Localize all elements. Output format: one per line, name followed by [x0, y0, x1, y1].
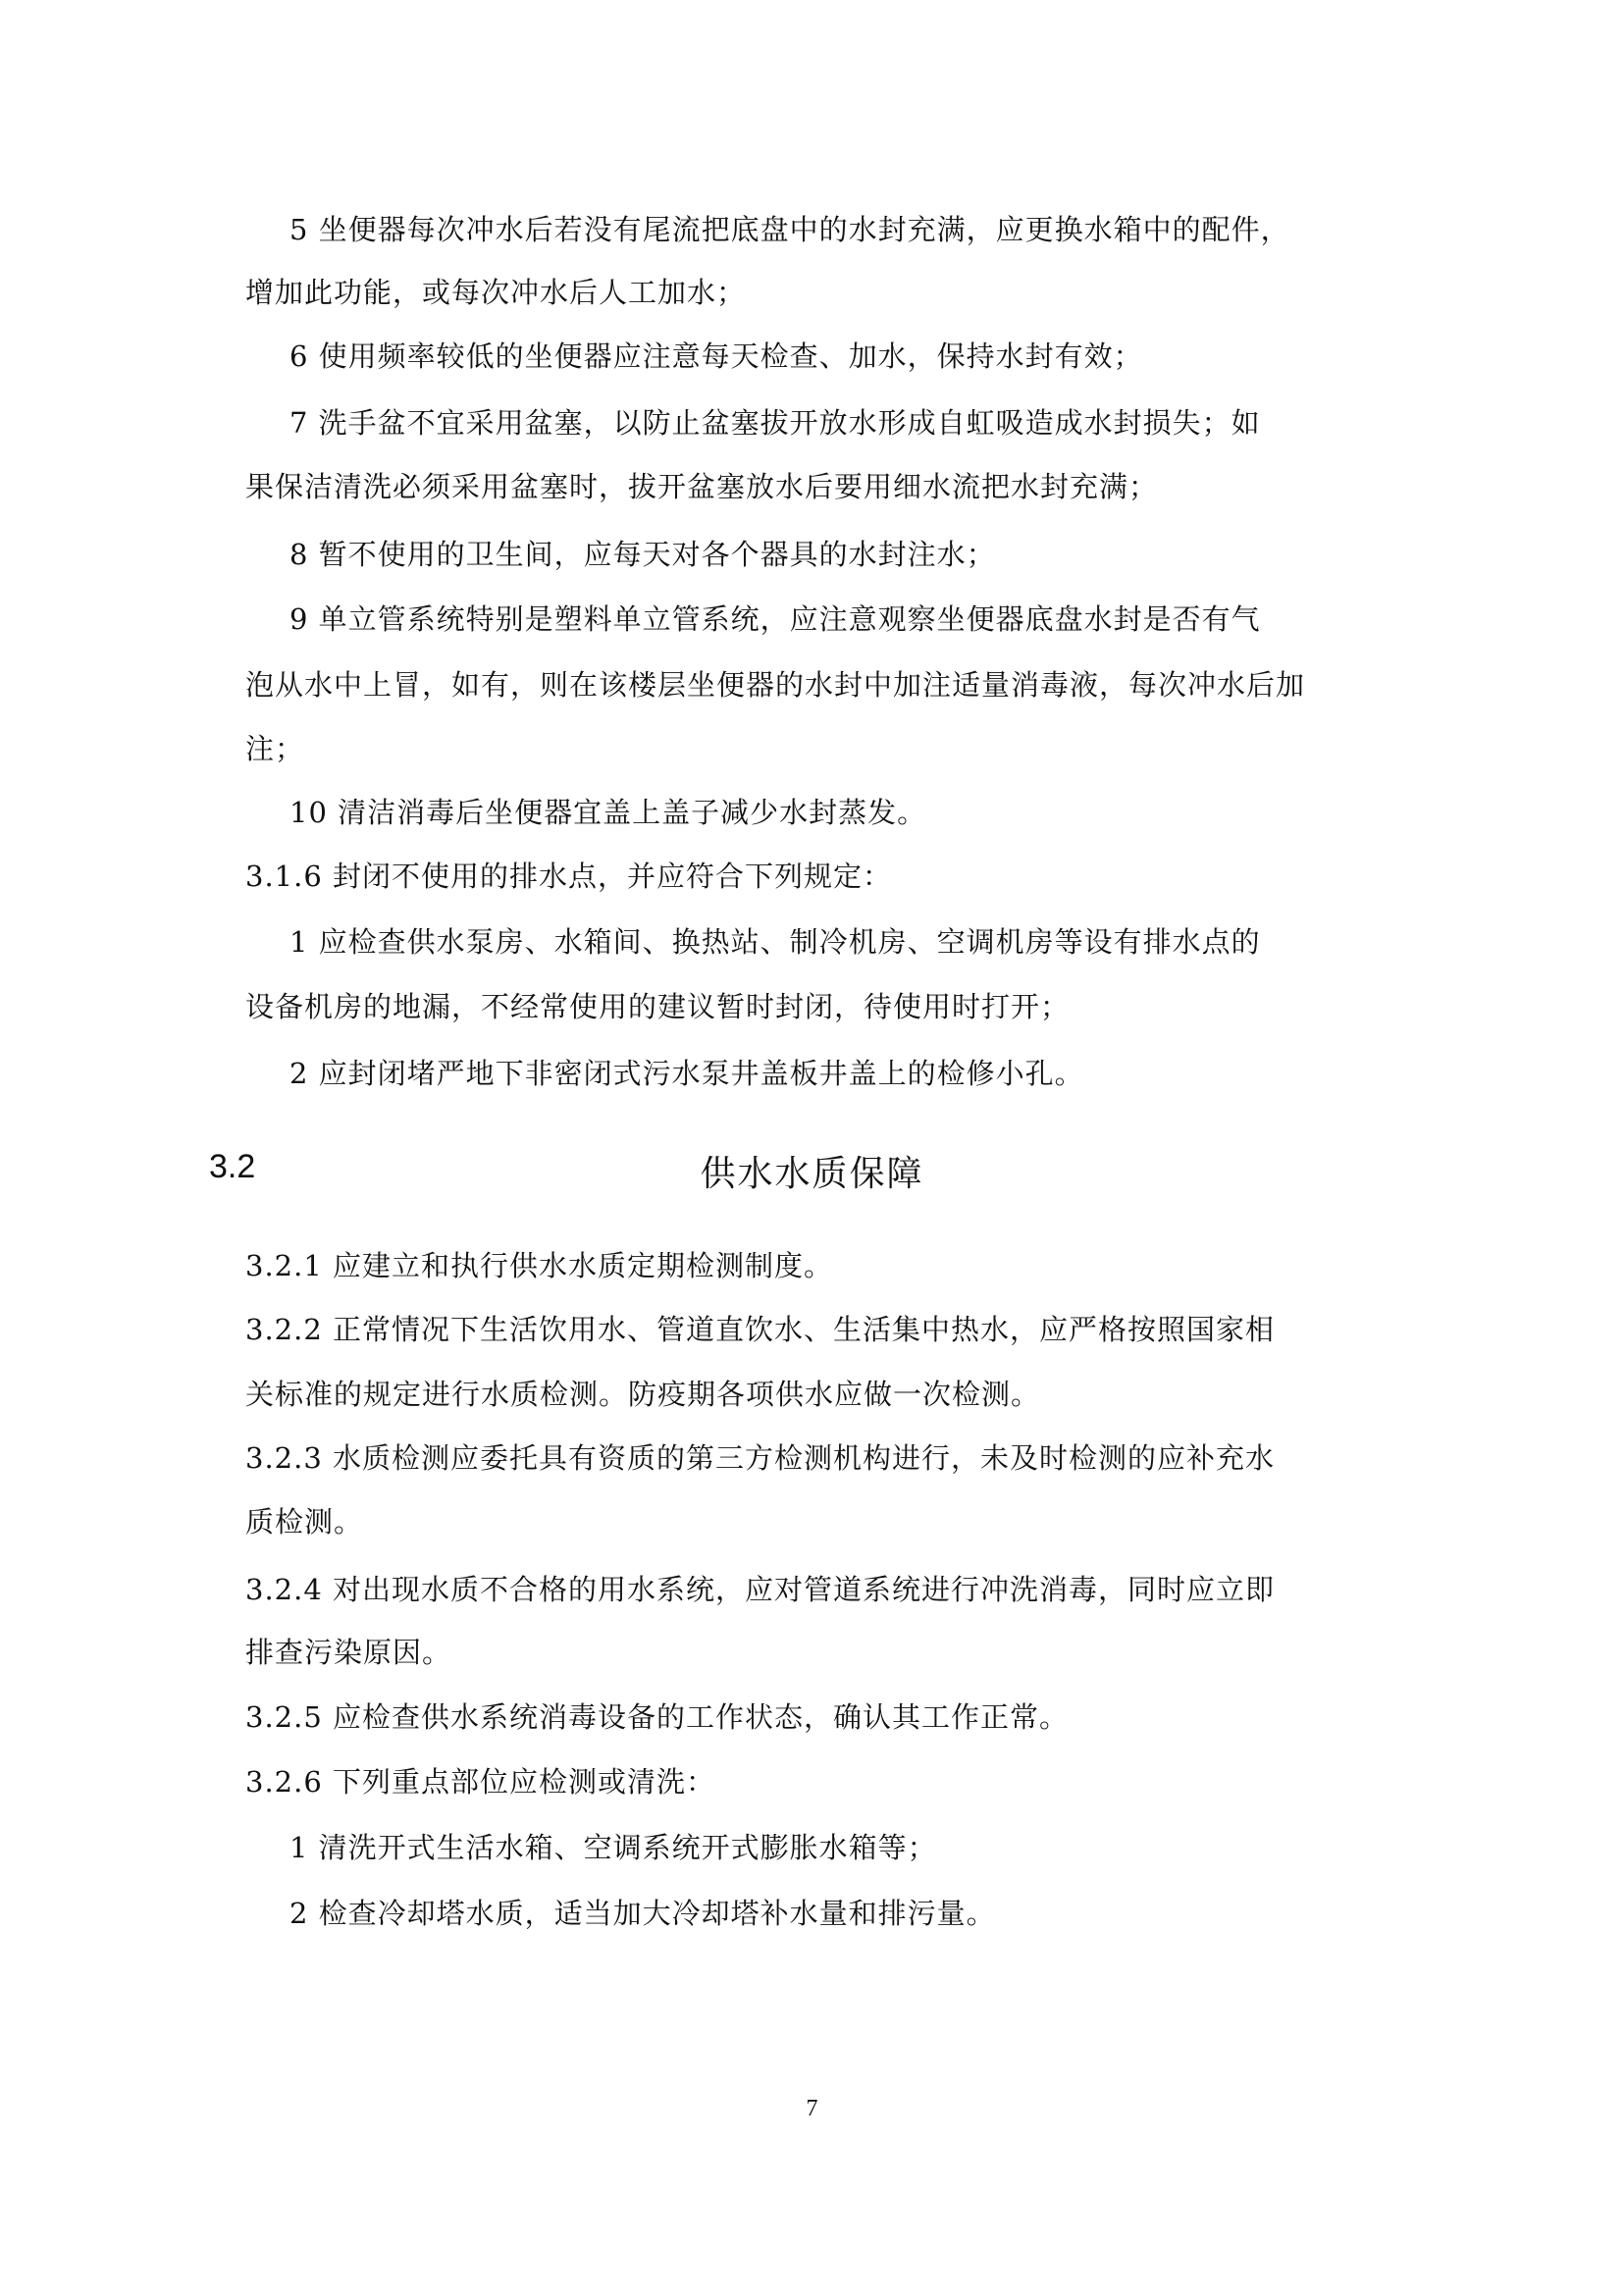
text-line: 10 清洁消毒后坐便器宜盖上盖子减少水封蒸发。 — [289, 795, 926, 830]
text-line: 质检测。 — [245, 1504, 363, 1539]
text-line: 3.2.1 应建立和执行供水水质定期检测制度。 — [245, 1248, 833, 1283]
text-line: 3.1.6 封闭不使用的排水点，并应符合下列规定： — [245, 859, 892, 894]
text-line: 3.2.4 对出现水质不合格的用水系统，应对管道系统进行冲洗消毒，同时应立即 — [245, 1572, 1275, 1607]
text-line: 5 坐便器每次冲水后若没有尾流把底盘中的水封充满，应更换水箱中的配件， — [289, 212, 1290, 247]
text-line: 果保洁清洗必须采用盆塞时，拔开盆塞放水后要用细水流把水封充满； — [245, 469, 1158, 504]
text-line: 设备机房的地漏，不经常使用的建议暂时封闭，待使用时打开； — [245, 989, 1070, 1024]
text-line: 注； — [245, 731, 304, 766]
text-line: 排查污染原因。 — [245, 1635, 451, 1670]
text-line: 2 应封闭堵严地下非密闭式污水泵井盖板井盖上的检修小孔。 — [289, 1056, 1084, 1091]
text-line: 增加此功能，或每次冲水后人工加水； — [245, 275, 746, 310]
text-line: 关标准的规定进行水质检测。防疫期各项供水应做一次检测。 — [245, 1377, 1040, 1412]
text-line: 9 单立管系统特别是塑料单立管系统，应注意观察坐便器底盘水封是否有气 — [289, 601, 1261, 637]
text-line: 6 使用频率较低的坐便器应注意每天检查、加水，保持水封有效； — [289, 339, 1143, 374]
text-line: 3.2.2 正常情况下生活饮用水、管道直饮水、生活集中热水，应严格按照国家相 — [245, 1312, 1275, 1347]
text-line: 8 暂不使用的卫生间，应每天对各个器具的水封注水； — [289, 537, 996, 572]
text-line: 3.2.5 应检查供水系统消毒设备的工作状态，确认其工作正常。 — [245, 1699, 1069, 1735]
text-line: 1 清洗开式生活水箱、空调系统开式膨胀水箱等； — [289, 1830, 937, 1865]
text-line: 1 应检查供水泵房、水箱间、换热站、制冷机房、空调机房等设有排水点的 — [289, 924, 1261, 960]
text-line: 3.2.6 下列重点部位应检测或清洗： — [245, 1764, 715, 1799]
text-line: 泡从水中上冒，如有，则在该楼层坐便器的水封中加注适量消毒液，每次冲水后加 — [245, 667, 1305, 703]
text-line: 7 洗手盆不宜采用盆塞，以防止盆塞拔开放水形成自虹吸造成水封损失；如 — [289, 405, 1261, 441]
text-line: 3.2.3 水质检测应委托具有资质的第三方检测机构进行，未及时检测的应补充水 — [245, 1440, 1275, 1476]
section-title: 供水水质保障 — [0, 1146, 1624, 1196]
page-number: 7 — [0, 2096, 1624, 2122]
text-line: 2 检查冷却塔水质，适当加大冷却塔补水量和排污量。 — [289, 1896, 996, 1931]
